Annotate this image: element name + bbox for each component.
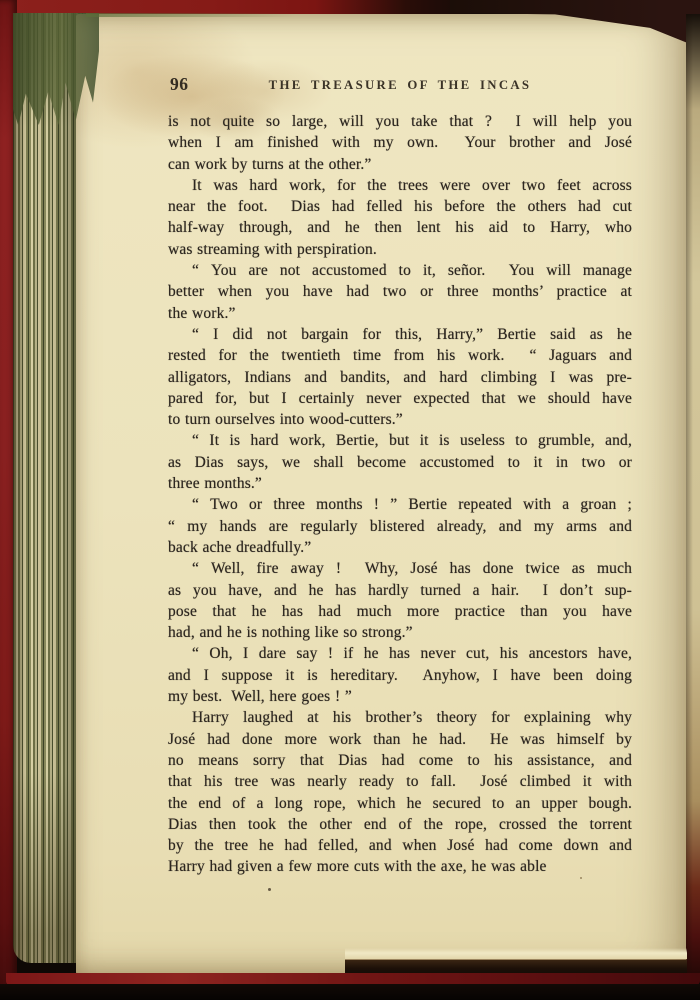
text-block: is not quite so large, will you take tha…	[168, 111, 632, 878]
text-line: “ You are not accustomed to it, señor. Y…	[168, 260, 632, 281]
text-line: It was hard work, for the trees were ove…	[168, 175, 632, 196]
book-page: 96 THE TREASURE OF THE INCAS is not quit…	[76, 14, 688, 974]
text-line: had, and he is nothing like so strong.”	[168, 622, 632, 643]
text-line: rested for the twentieth time from his w…	[168, 345, 632, 366]
text-line: as Dias says, we shall become accustomed…	[168, 452, 632, 473]
paragraph: “ Two or three months ! ” Bertie repeate…	[168, 494, 632, 558]
text-line: the work.”	[168, 303, 632, 324]
page-right-edge	[686, 14, 700, 974]
next-page-lip	[345, 948, 687, 960]
text-line: is not quite so large, will you take tha…	[168, 111, 632, 132]
text-line: “ I did not bargain for this, Harry,” Be…	[168, 324, 632, 345]
text-line: Harry had given a few more cuts with the…	[168, 856, 632, 877]
text-line: no means sorry that Dias had come to his…	[168, 750, 632, 771]
paragraph: Harry laughed at his brother’s theory fo…	[168, 707, 632, 877]
page-top-edge-tint	[86, 13, 296, 17]
text-line: half-way through, and he then lent his a…	[168, 217, 632, 238]
text-line: better when you have had two or three mo…	[168, 281, 632, 302]
paragraph: “ You are not accustomed to it, señor. Y…	[168, 260, 632, 324]
text-line: when I am finished with my own. Your bro…	[168, 132, 632, 153]
text-line: Dias then took the other end of the rope…	[168, 814, 632, 835]
text-line: pose that he has had much more practice …	[168, 601, 632, 622]
text-line: José had done more work than he had. He …	[168, 729, 632, 750]
text-line: alligators, Indians and bandits, and har…	[168, 367, 632, 388]
paragraph: “ I did not bargain for this, Harry,” Be…	[168, 324, 632, 430]
text-line: and I suppose it is hereditary. Anyhow, …	[168, 665, 632, 686]
text-line: was streaming with perspiration.	[168, 239, 632, 260]
text-line: by the tree he had felled, and when José…	[168, 835, 632, 856]
text-line: near the foot. Dias had felled his befor…	[168, 196, 632, 217]
text-line: the end of a long rope, which he secured…	[168, 793, 632, 814]
background-shadow	[0, 984, 700, 1000]
text-line: “ my hands are regularly blistered alrea…	[168, 516, 632, 537]
text-line: Harry laughed at his brother’s theory fo…	[168, 707, 632, 728]
paragraph: “ Well, fire away ! Why, José has done t…	[168, 558, 632, 643]
text-line: to turn ourselves into wood-cutters.”	[168, 409, 632, 430]
text-line: “ Well, fire away ! Why, José has done t…	[168, 558, 632, 579]
text-line: back ache dreadfully.”	[168, 537, 632, 558]
text-line: that his tree was nearly ready to fall. …	[168, 771, 632, 792]
text-line: pared for, but I certainly never expecte…	[168, 388, 632, 409]
scanned-book-photo: 96 THE TREASURE OF THE INCAS is not quit…	[0, 0, 700, 1000]
paragraph: is not quite so large, will you take tha…	[168, 111, 632, 175]
text-line: can work by turns at the other.”	[168, 154, 632, 175]
text-line: “ It is hard work, Bertie, but it is use…	[168, 430, 632, 451]
next-page-lip-shadow	[345, 960, 687, 974]
paragraph: “ Oh, I dare say ! if he has never cut, …	[168, 643, 632, 707]
running-head: 96 THE TREASURE OF THE INCAS	[168, 74, 632, 98]
text-line: “ Oh, I dare say ! if he has never cut, …	[168, 643, 632, 664]
paragraph: “ It is hard work, Bertie, but it is use…	[168, 430, 632, 494]
ink-speck	[268, 888, 271, 891]
paragraph: It was hard work, for the trees were ove…	[168, 175, 632, 260]
paper-speck	[580, 877, 582, 879]
text-line: my best. Well, here goes ! ”	[168, 686, 632, 707]
text-line: “ Two or three months ! ” Bertie repeate…	[168, 494, 632, 515]
text-line: as you have, and he has hardly turned a …	[168, 580, 632, 601]
text-line: three months.”	[168, 473, 632, 494]
running-title: THE TREASURE OF THE INCAS	[168, 78, 632, 93]
